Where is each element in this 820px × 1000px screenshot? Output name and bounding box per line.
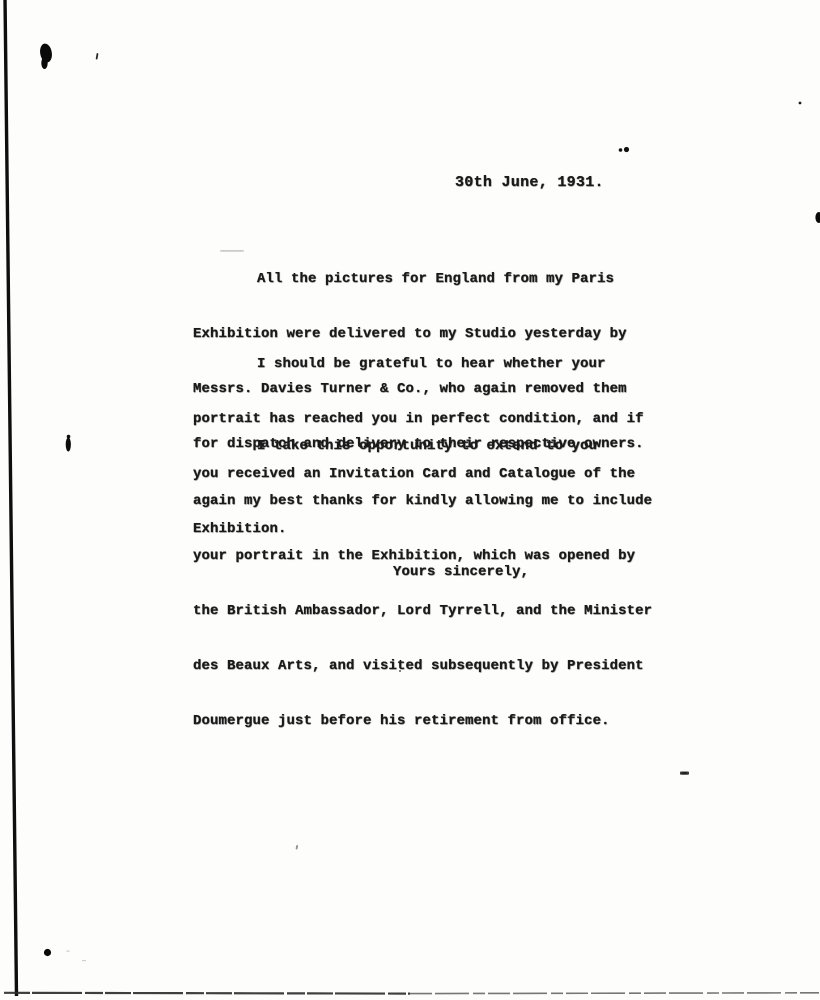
letter-date-block: 30th June, 1931. [455, 137, 604, 228]
scanned-letter-page: 30th June, 1931. All the pictures for En… [0, 0, 820, 1000]
text-line: again my best thanks for kindly allowing… [193, 492, 652, 511]
letter-closing-block: Yours sincerely, [393, 527, 529, 618]
text-line: I take this opportunity to extend to you [193, 437, 652, 456]
letter-closing: Yours sincerely, [393, 563, 529, 582]
ink-blot-top-left [39, 43, 54, 69]
letter-date: 30th June, 1931. [455, 173, 604, 192]
dash-mark-right [680, 772, 689, 775]
text-line: des Beaux Arts, and visited subsequently… [193, 657, 652, 676]
bottom-scan-border [4, 993, 410, 994]
text-line: All the pictures for England from my Par… [193, 270, 644, 289]
faint-apostrophe-mid [296, 845, 299, 850]
speck-pair-right [619, 147, 629, 152]
faint-specks-bottom-left [67, 951, 87, 962]
ink-blot-right-edge [815, 212, 820, 223]
text-line: I should be grateful to hear whether you… [193, 355, 644, 374]
text-line: Doumergue just before his retirement fro… [193, 712, 652, 731]
bottom-scan-border-faint [410, 993, 819, 994]
ink-dot-bottom-left [44, 949, 51, 956]
left-scan-border [5, 0, 17, 996]
tick-mark-top-left [96, 53, 99, 60]
dagger-mark-left [66, 435, 71, 452]
speck-top-right [799, 102, 802, 105]
